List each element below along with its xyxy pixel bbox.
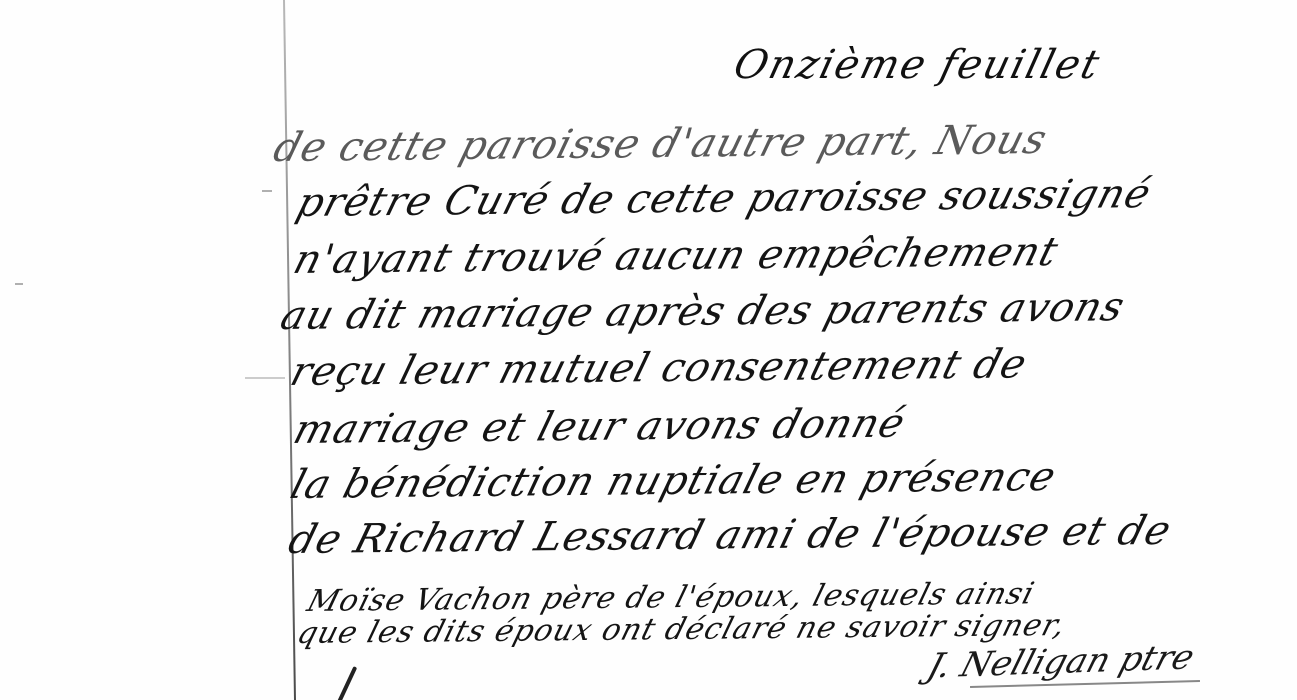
text-line-2: prêtre Curé de cette paroisse soussigné: [292, 174, 1155, 223]
register-page: Onzième feuillet de cette paroisse d'aut…: [0, 0, 1297, 700]
text-line-3: n'ayant trouvé aucun empêchement: [289, 232, 1062, 280]
text-line-1: de cette paroisse d'autre part, Nous: [269, 120, 1051, 168]
text-line-8: de Richard Lessard ami de l'épouse et de: [284, 511, 1175, 560]
text-line-7: la bénédiction nuptiale en présence: [286, 457, 1060, 505]
ink-stroke: [337, 666, 358, 700]
priest-signature: J. Nelligan ptre: [923, 637, 1199, 686]
ink-speck: [262, 190, 272, 192]
text-line-6: mariage et leur avons donné: [289, 404, 909, 450]
page-heading: Onzième feuillet: [729, 42, 1105, 88]
text-line-4: au dit mariage après des parents avons: [276, 287, 1129, 336]
margin-rule: [283, 0, 296, 700]
ink-speck: [245, 377, 285, 379]
ink-speck: [15, 283, 23, 285]
text-line-5: reçu leur mutuel consentement de: [286, 344, 1031, 392]
